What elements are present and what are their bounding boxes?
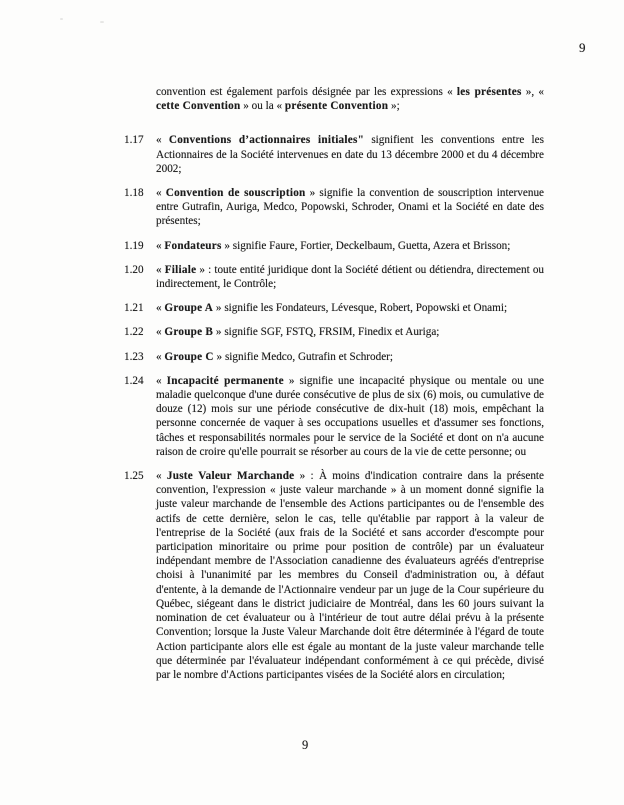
- page-number-top: 9: [579, 40, 586, 56]
- paragraph: 1.18« Convention de souscription » signi…: [124, 186, 544, 229]
- paragraph-run: » signifie SGF, FSTQ, FRSIM, Finedix et …: [213, 326, 439, 338]
- defined-term: Incapacité permanente: [167, 375, 284, 387]
- scan-speck: [60, 18, 63, 20]
- paragraph: 1.22« Groupe B » signifie SGF, FSTQ, FRS…: [124, 325, 544, 339]
- paragraph: 1.19« Fondateurs » signifie Faure, Forti…: [124, 239, 544, 253]
- paragraph-run: «: [156, 187, 166, 199]
- paragraph-run: », «: [522, 86, 544, 98]
- paragraph: 1.20« Filiale » : toute entité juridique…: [124, 263, 544, 291]
- defined-term: cette Convention: [156, 100, 240, 112]
- paragraph-list: convention est également parfois désigné…: [124, 85, 544, 682]
- defined-term: Juste Valeur Marchande: [167, 470, 295, 482]
- paragraph: convention est également parfois désigné…: [124, 85, 544, 113]
- paragraph: 1.24« Incapacité permanente » signifie u…: [124, 374, 544, 459]
- paragraph-number: 1.20: [124, 263, 156, 291]
- paragraph-run: » : toute entité juridique dont la Socié…: [156, 264, 544, 290]
- paragraph-text: convention est également parfois désigné…: [156, 85, 544, 113]
- paragraph-number: 1.25: [124, 469, 156, 682]
- paragraph-text: « Convention de souscription » signifie …: [156, 186, 544, 229]
- paragraph-text: « Incapacité permanente » signifie une i…: [156, 374, 544, 459]
- paragraph-text: « Juste Valeur Marchande » : À moins d'i…: [156, 469, 544, 682]
- defined-term: Groupe B: [164, 326, 213, 338]
- paragraph-run: «: [156, 264, 165, 276]
- paragraph-run: » signifie Faure, Fortier, Deckelbaum, G…: [222, 240, 511, 252]
- paragraph-text: « Filiale » : toute entité juridique don…: [156, 263, 544, 291]
- paragraph-run: «: [156, 470, 167, 482]
- paragraph: 1.23« Groupe C » signifie Medco, Gutrafi…: [124, 350, 544, 364]
- defined-term: les présentes: [457, 86, 522, 98]
- paragraph-run: » signifie les Fondateurs, Lévesque, Rob…: [213, 302, 507, 314]
- defined-term: Convention de souscription: [166, 187, 306, 199]
- defined-term: Fondateurs: [164, 240, 221, 252]
- paragraph-run: »;: [388, 100, 400, 112]
- paragraph: 1.21« Groupe A » signifie les Fondateurs…: [124, 301, 544, 315]
- defined-term: présente Convention: [285, 100, 388, 112]
- paragraph-number: 1.19: [124, 239, 156, 253]
- paragraph-number: 1.17: [124, 133, 156, 176]
- paragraph-run: » : À moins d'indication contraire dans …: [156, 470, 544, 681]
- defined-term: Conventions d’actionnaires initiales": [169, 134, 364, 146]
- paragraph: 1.17« Conventions d’actionnaires initial…: [124, 133, 544, 176]
- document-page: 9 convention est également parfois désig…: [0, 0, 624, 805]
- paragraph-number: 1.24: [124, 374, 156, 459]
- scan-speck: [100, 21, 104, 23]
- paragraph-run: «: [156, 375, 167, 387]
- paragraph-text: « Groupe A » signifie les Fondateurs, Lé…: [156, 301, 544, 315]
- paragraph-run: «: [156, 134, 169, 146]
- paragraph: 1.25« Juste Valeur Marchande » : À moins…: [124, 469, 544, 682]
- page-number-bottom: 9: [302, 738, 308, 753]
- paragraph-run: convention est également parfois désigné…: [156, 86, 457, 98]
- paragraph-run: » signifie Medco, Gutrafin et Schroder;: [214, 351, 393, 363]
- paragraph-run: » ou la «: [240, 100, 284, 112]
- paragraph-number: 1.18: [124, 186, 156, 229]
- paragraph-number: 1.21: [124, 301, 156, 315]
- defined-term: Filiale: [165, 264, 197, 276]
- paragraph-text: « Groupe B » signifie SGF, FSTQ, FRSIM, …: [156, 325, 544, 339]
- paragraph-number: [124, 85, 156, 113]
- paragraph-run: » signifie une incapacité physique ou me…: [156, 375, 544, 458]
- paragraph-number: 1.23: [124, 350, 156, 364]
- paragraph-text: « Fondateurs » signifie Faure, Fortier, …: [156, 239, 544, 253]
- defined-term: Groupe C: [164, 351, 213, 363]
- paragraph-number: 1.22: [124, 325, 156, 339]
- paragraph-text: « Conventions d’actionnaires initiales" …: [156, 133, 544, 176]
- paragraph-text: « Groupe C » signifie Medco, Gutrafin et…: [156, 350, 544, 364]
- defined-term: Groupe A: [164, 302, 213, 314]
